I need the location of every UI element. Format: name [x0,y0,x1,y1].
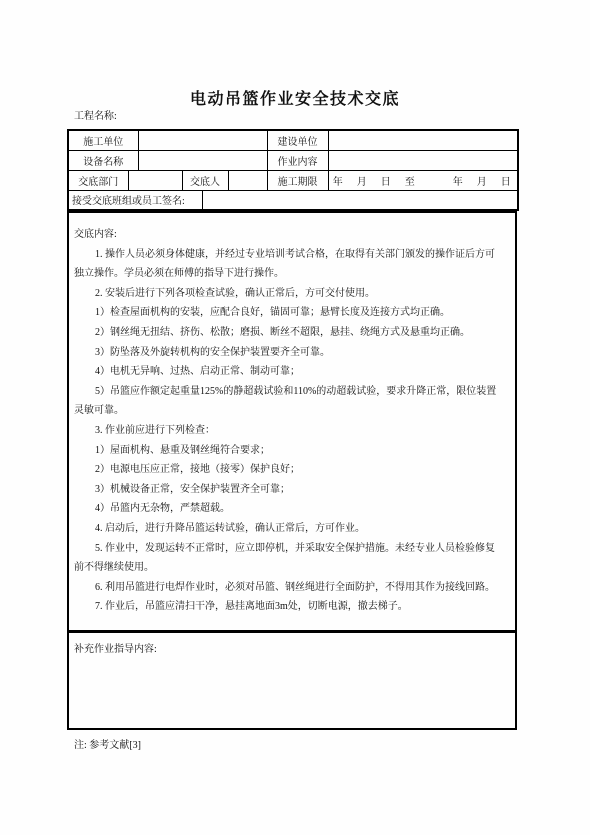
building-owner-label: 建设单位 [267,130,328,150]
content-line: 灵敏可靠。 [74,401,507,421]
signature-value [202,190,518,210]
content-line: 6. 利用吊篮进行电焊作业时，必须对吊篮、钢丝绳进行全面防护，不得用其作为接线回… [74,578,507,598]
equipment-name-value [138,150,267,170]
disclosure-content-header: 交底内容: [74,225,507,245]
table-row: 施工单位 建设单位 [68,130,518,150]
building-owner-value [328,130,518,150]
construction-unit-label: 施工单位 [68,130,138,150]
work-content-value [328,150,518,170]
content-line: 2. 安装后进行下列各项检查试验，确认正常后，方可交付使用。 [74,284,507,304]
project-name-label: 工程名称: [74,107,117,122]
content-line: 2）电源电压应正常，接地（接零）保护良好； [74,460,507,480]
signature-label: 接受交底班组或员工签名: [68,190,202,210]
disclosure-dept-value [128,170,182,190]
disclosure-content-box: 交底内容: 1. 操作人员必须身体健康，并经过专业培训考试合格，在取得有关部门颁… [67,211,517,632]
work-content-label: 作业内容 [267,150,328,170]
construction-unit-value [138,130,267,150]
supplementary-guidance-header: 补充作业指导内容: [74,640,510,655]
content-line: 3）防坠落及外旋转机构的安全保护装置要齐全可靠。 [74,343,507,363]
discloser-label: 交底人 [182,170,228,190]
construction-period-label: 施工期限 [267,170,328,190]
content-line: 5. 作业中，发现运转不正常时，应立即停机，并采取安全保护措施。未经专业人员检验… [74,539,507,559]
content-line: 前不得继续使用。 [74,558,507,578]
table-row: 接受交底班组或员工签名: [68,190,518,210]
form-header-table: 施工单位 建设单位 设备名称 作业内容 交底部门 交底人 施工期限 年 月 日 … [67,129,519,211]
document-page: 电动吊篮作业安全技术交底 工程名称: 施工单位 建设单位 设备名称 作业内容 交… [0,0,590,835]
discloser-value [228,170,267,190]
doc-title: 电动吊篮作业安全技术交底 [0,86,590,109]
content-line: 4）电机无异响、过热、启动正常、制动可靠； [74,362,507,382]
content-line: 1. 操作人员必须身体健康，并经过专业培训考试合格，在取得有关部门颁发的操作证后… [74,245,507,265]
content-line: 7. 作业后，吊篮应清扫干净，悬挂离地面3m处，切断电源，撤去梯子。 [74,597,507,617]
reference-note: 注: 参考文献[3] [74,736,141,751]
content-line: 4）吊篮内无杂物，严禁超载。 [74,499,507,519]
content-line: 3. 作业前应进行下列检查： [74,421,507,441]
disclosure-dept-label: 交底部门 [68,170,128,190]
equipment-name-label: 设备名称 [68,150,138,170]
content-line: 3）机械设备正常，安全保护装置齐全可靠； [74,480,507,500]
content-line: 1）检查屋面机构的安装，应配合良好，锚固可靠；悬臂长度及连接方式均正确。 [74,303,507,323]
content-line: 独立操作。学员必须在师傅的指导下进行操作。 [74,264,507,284]
supplementary-guidance-box: 补充作业指导内容: [67,631,517,730]
construction-period-dates: 年 月 日 至 年 月 日 [328,170,518,190]
content-line: 2）钢丝绳无扭结、挤伤、松散；磨损、断丝不超限，悬挂、绕绳方式及悬重均正确。 [74,323,507,343]
table-row: 设备名称 作业内容 [68,150,518,170]
content-line: 5）吊篮应作额定起重量125%的静超载试验和110%的动超载试验，要求升降正常，… [74,382,507,402]
table-row: 交底部门 交底人 施工期限 年 月 日 至 年 月 日 [68,170,518,190]
content-line: 1）屋面机构、悬重及钢丝绳符合要求； [74,441,507,461]
content-line: 4. 启动后，进行升降吊篮运转试验，确认正常后，方可作业。 [74,519,507,539]
